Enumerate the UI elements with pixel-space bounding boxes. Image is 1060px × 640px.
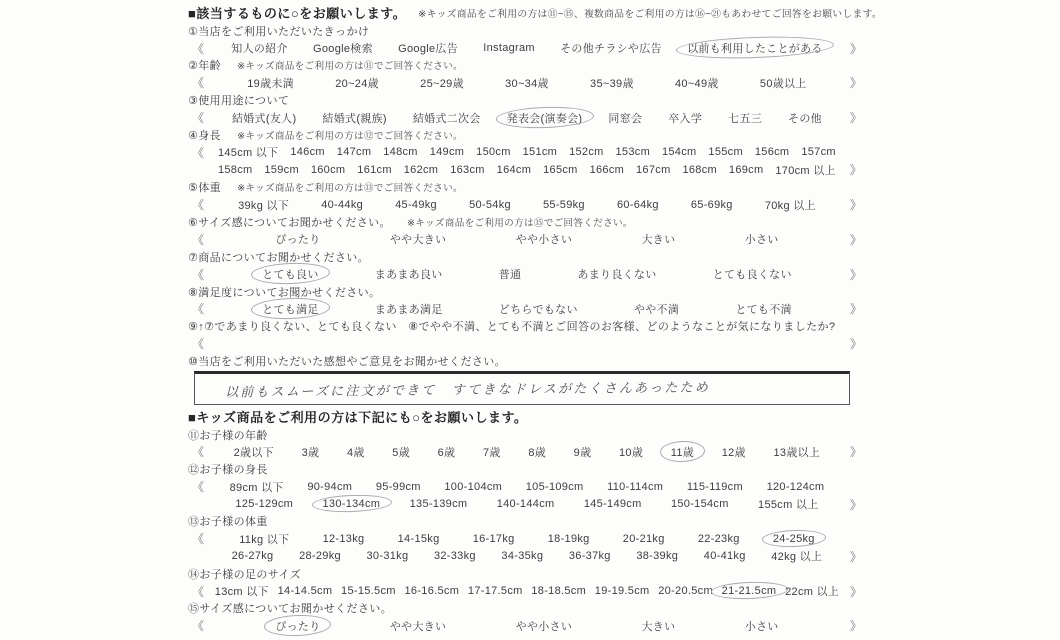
option: 125-129cm [233,498,295,510]
bracket-open-icon: 《 [188,266,208,283]
option-circled: 以前も利用したことがある [685,40,825,56]
option: 18-19kg [546,533,592,545]
bracket-open-icon: 《 [188,478,208,495]
option: 55-59kg [541,199,587,211]
kids-questions: ⑪お子様の年齢《2歳以下3歳4歳5歳6歳7歳8歳9歳10歳11歳12歳13歳以上… [188,426,866,635]
option: 154cm [660,146,699,158]
option: 148cm [381,146,420,158]
question-label: ⑨↑⑦であまり良くない、とても良くない ⑧でやや不満、とても不満とご回答のお客様… [188,318,835,334]
question-row: ⑫お子様の身長 [188,461,866,478]
option: 11kg 以下 [237,531,291,547]
bracket-close-icon: 》 [846,161,866,178]
option: 5歳 [390,444,412,460]
bracket-open-icon: 《 [188,231,208,248]
option: 16-16.5cm [402,585,461,597]
option: 2歳以下 [232,444,276,460]
option-circled: 発表会(演奏会) [505,110,585,126]
option: 小さい [743,231,781,247]
section-title-note: ※キッズ商品をご利用の方は⑪~⑮、複数商品をご利用の方は⑯~㉑もあわせてご回答を… [418,6,882,20]
options-row: 《39kg 以下40-44kg45-49kg50-54kg55-59kg60-6… [188,196,866,213]
option: 166cm [588,164,627,176]
option: 42kg 以上 [769,548,824,564]
question-label: ⑫お子様の身長 [188,461,268,477]
option: ぴったり [273,231,322,247]
question-label: ⑩当店をご利用いただいた感想やご意見をお聞かせください。 [188,353,506,369]
option: 大きい [639,231,677,247]
option: 160cm [309,164,348,176]
bracket-close-icon: 》 [846,109,866,126]
option: その他チラシや広告 [558,40,664,56]
option: 18-18.5cm [529,585,588,597]
option: 12歳 [720,444,748,460]
option: 155cm 以上 [756,496,820,512]
option: 110-114cm [605,481,665,493]
options-row: 《》 [188,335,866,352]
option: やや小さい [514,231,575,247]
option: 150-154cm [669,498,731,510]
option: 158cm [216,164,255,176]
option: 20-20.5cm [656,585,715,597]
option: 36-37kg [567,550,613,562]
options-row: 《ぴったりやや大きいやや小さい大きい小さい》 [188,617,866,634]
question-row: ⑦商品についてお聞かせください。 [188,248,866,265]
option: 25~29歳 [418,75,466,91]
bracket-close-icon: 》 [846,617,866,634]
option: 13cm 以下 [213,583,271,599]
option: 147cm [335,146,374,158]
options-row: 《ぴったりやや大きいやや小さい大きい小さい》 [188,231,866,248]
bracket-close-icon: 》 [846,548,866,565]
option: 結婚式(友人) [230,110,298,126]
option: 163cm [448,164,487,176]
question-label: ⑧満足度についてお聞かせください。 [188,284,380,300]
option: 146cm [288,146,327,158]
question-row: ⑨↑⑦であまり良くない、とても良くない ⑧でやや不満、とても不満とご回答のお客様… [188,318,866,335]
option-circled: 130-134cm [321,498,383,510]
option-circled: 21-21.5cm [720,585,779,597]
option: 40-44kg [319,199,365,211]
option: 19-19.5cm [593,585,652,597]
option: 40~49歳 [673,75,721,91]
option: 8歳 [526,444,548,460]
option: 151cm [521,146,560,158]
option: 12-13kg [321,533,367,545]
bracket-open-icon: 《 [188,583,208,600]
options-row: 《145cm 以下146cm147cm148cm149cm150cm151cm1… [188,144,866,161]
question-row: ⑬お子様の体重 [188,513,866,530]
question-row: ④身長※キッズ商品をご利用の方は⑫でご回答ください。 [188,126,866,143]
option: 26-27kg [230,550,276,562]
question-row: ⑭お子様の足のサイズ [188,565,866,582]
option: あまり良くない [575,266,658,282]
question-label: ④身長 [188,127,221,143]
option: 30~34歳 [503,75,551,91]
option: Instagram [481,42,537,54]
question-label: ③使用用途について [188,92,289,108]
question-label: ⑬お子様の体重 [188,513,268,529]
question-row: ③使用用途について [188,92,866,109]
option: 170cm 以上 [773,162,837,178]
option: 7歳 [481,444,503,460]
option: 161cm [355,164,394,176]
option: 145cm 以下 [216,144,280,160]
option: 14-15kg [396,533,442,545]
bracket-close-icon: 》 [846,335,866,352]
option: 145-149cm [582,498,644,510]
option: 60-64kg [615,199,661,211]
question-row: ⑤体重※キッズ商品をご利用の方は⑬でご回答ください。 [188,179,866,196]
option: 知人の紹介 [229,40,290,56]
bracket-open-icon: 《 [188,300,208,317]
handwritten-comment: 以前もスムーズに注文ができて すてきなドレスがたくさんあったため [225,377,710,401]
main-section-header: ■該当するものに○をお願いします。 ※キッズ商品をご利用の方は⑪~⑮、複数商品を… [188,3,866,22]
option-circled: 24-25kg [771,533,817,545]
option: 40-41kg [702,550,748,562]
option: 15-15.5cm [339,585,398,597]
option: 20-21kg [621,533,667,545]
option: 65-69kg [689,199,735,211]
option: 大きい [639,618,677,634]
options-row: 《26-27kg28-29kg30-31kg32-33kg34-35kg36-3… [188,548,866,565]
options-row: 《2歳以下3歳4歳5歳6歳7歳8歳9歳10歳11歳12歳13歳以上》 [188,443,866,460]
option: 165cm [541,164,580,176]
option: まあまあ満足 [373,301,445,317]
option: 115-119cm [685,481,745,493]
options-row: 《89cm 以下90-94cm95-99cm100-104cm105-109cm… [188,478,866,495]
option: 164cm [495,164,534,176]
option: 39kg 以下 [236,197,291,213]
bracket-open-icon: 《 [188,74,208,91]
option-circled: ぴったり [273,618,322,634]
options-row: 《とても満足まあまあ満足どちらでもないやや不満とても不満》 [188,300,866,317]
option: 167cm [634,164,673,176]
options-row: 《とても良いまあまあ良い普通あまり良くないとても良くない》 [188,265,866,282]
option: 22-23kg [696,533,742,545]
option: 七五三 [726,110,764,126]
bracket-open-icon: 《 [188,196,208,213]
option: 結婚式(親族) [320,110,388,126]
option: 162cm [402,164,441,176]
option: 普通 [497,266,524,282]
option: 90-94cm [305,481,354,493]
option: 22cm 以上 [783,583,841,599]
option: その他 [786,110,824,126]
option: 50歳以上 [758,75,809,91]
option: 28-29kg [297,550,343,562]
option: 95-99cm [374,481,423,493]
option: 16-17kg [471,533,517,545]
question-row: ①当店をご利用いただいたきっかけ [188,22,866,39]
option: 140-144cm [495,498,557,510]
question-label: ①当店をご利用いただいたきっかけ [188,23,369,39]
bracket-open-icon: 《 [188,530,208,547]
option: Google広告 [396,40,460,56]
option: 35~39歳 [588,75,636,91]
option: 50-54kg [467,199,513,211]
option: 156cm [753,146,792,158]
question-label: ⑦商品についてお聞かせください。 [188,249,369,265]
option: 100-104cm [442,481,504,493]
option: 120-124cm [765,481,827,493]
free-answer-box: 以前もスムーズに注文ができて すてきなドレスがたくさんあったため [194,371,850,405]
option: 9歳 [572,444,594,460]
question-note: ※キッズ商品をご利用の方は⑪でご回答ください。 [237,58,463,72]
question-row: ⑩当店をご利用いただいた感想やご意見をお聞かせください。 [188,352,866,369]
bracket-close-icon: 》 [846,231,866,248]
option: どちらでもない [497,301,580,317]
bracket-close-icon: 》 [846,300,866,317]
question-label: ⑮サイズ感についてお聞かせください。 [188,600,392,616]
option: 155cm [706,146,745,158]
question-note: ※キッズ商品をご利用の方は⑬でご回答ください。 [237,180,463,194]
option: 34-35kg [499,550,545,562]
kids-section-header: ■キッズ商品をご利用の方は下記にも○をお願いします。 [188,407,866,426]
option: 6歳 [436,444,458,460]
option: やや不満 [632,301,681,317]
option: 14-14.5cm [276,585,335,597]
survey-sheet: ■該当するものに○をお願いします。 ※キッズ商品をご利用の方は⑪~⑮、複数商品を… [188,3,866,635]
question-label: ⑭お子様の足のサイズ [188,566,301,582]
option: 13歳以上 [771,444,822,460]
question-label: ⑪お子様の年齢 [188,427,268,443]
option: 38-39kg [634,550,680,562]
option: 20~24歳 [333,75,381,91]
bracket-open-icon: 《 [188,335,208,352]
bracket-close-icon: 》 [846,583,866,600]
question-label: ⑤体重 [188,179,221,195]
option-circled: 11歳 [669,444,696,460]
option-circled: とても良い [260,266,321,282]
option: 149cm [428,146,467,158]
bracket-close-icon: 》 [846,74,866,91]
option: Google検索 [311,40,375,56]
bracket-close-icon: 》 [846,443,866,460]
option: 159cm [262,164,301,176]
option: やや大きい [388,231,449,247]
question-row: ⑮サイズ感についてお聞かせください。 [188,600,866,617]
option: 150cm [474,146,513,158]
option: とても良くない [711,266,794,282]
question-note: ※キッズ商品をご利用の方は⑮でご回答ください。 [407,215,633,229]
option: 同窓会 [606,110,644,126]
question-row: ⑧満足度についてお聞かせください。 [188,283,866,300]
options-row: 《結婚式(友人)結婚式(親族)結婚式二次会発表会(演奏会)同窓会卒入学七五三その… [188,109,866,126]
option: 168cm [680,164,719,176]
question-row: ⑥サイズ感についてお聞かせください。※キッズ商品をご利用の方は⑮でご回答ください… [188,213,866,230]
option: 89cm 以下 [228,479,286,495]
option: 70kg 以上 [763,197,818,213]
bracket-close-icon: 》 [846,40,866,57]
option: 結婚式二次会 [411,110,483,126]
option: 10歳 [617,444,645,460]
option: 169cm [727,164,766,176]
question-row: ⑪お子様の年齢 [188,426,866,443]
bracket-close-icon: 》 [846,496,866,513]
bracket-open-icon: 《 [188,443,208,460]
options-row: 《125-129cm130-134cm135-139cm140-144cm145… [188,495,866,512]
option: 152cm [567,146,606,158]
option: 153cm [614,146,653,158]
section-title: ■該当するものに○をお願いします。 [188,3,406,22]
option: 45-49kg [393,199,439,211]
bracket-open-icon: 《 [188,40,208,57]
question-label: ⑥サイズ感についてお聞かせください。 [188,214,391,230]
options-row: 《13cm 以下14-14.5cm15-15.5cm16-16.5cm17-17… [188,582,866,599]
bracket-open-icon: 《 [188,144,208,161]
bracket-close-icon: 》 [846,196,866,213]
option: 小さい [743,618,781,634]
option: 17-17.5cm [466,585,525,597]
bracket-open-icon: 《 [188,109,208,126]
options-row: 《知人の紹介Google検索Google広告Instagramその他チラシや広告… [188,39,866,56]
option-circled: とても満足 [260,301,321,317]
bracket-open-icon: 《 [188,617,208,634]
option: 30-31kg [365,550,411,562]
kids-section-title: ■キッズ商品をご利用の方は下記にも○をお願いします。 [188,407,527,426]
option: 135-139cm [408,498,470,510]
question-label: ②年齢 [188,57,221,73]
bracket-close-icon: 》 [846,266,866,283]
option: 157cm [799,146,838,158]
question-row: ②年齢※キッズ商品をご利用の方は⑪でご回答ください。 [188,57,866,74]
option: 19歳未満 [245,75,296,91]
option: とても不満 [733,301,794,317]
option: やや大きい [388,618,449,634]
option: 3歳 [300,444,322,460]
question-note: ※キッズ商品をご利用の方は⑫でご回答ください。 [237,128,463,142]
option: やや小さい [514,618,575,634]
option: まあまあ良い [373,266,445,282]
option: 32-33kg [432,550,478,562]
option: 卒入学 [666,110,704,126]
option: 105-109cm [524,481,586,493]
main-questions: ①当店をご利用いただいたきっかけ《知人の紹介Google検索Google広告In… [188,22,866,405]
options-row: 《11kg 以下12-13kg14-15kg16-17kg18-19kg20-2… [188,530,866,547]
options-row: 《158cm159cm160cm161cm162cm163cm164cm165c… [188,161,866,178]
option: 4歳 [345,444,367,460]
options-row: 《19歳未満20~24歳25~29歳30~34歳35~39歳40~49歳50歳以… [188,74,866,91]
